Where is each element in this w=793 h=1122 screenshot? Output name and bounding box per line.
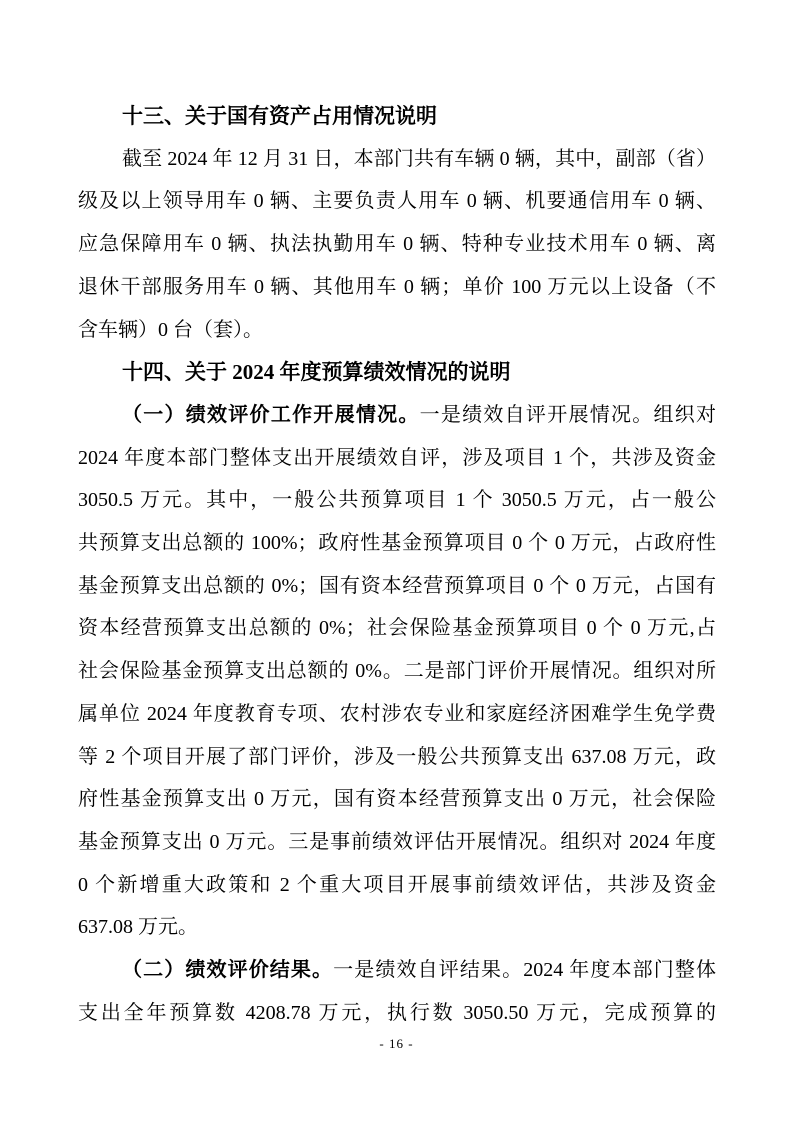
- section-14-heading: 十四、关于 2024 年度预算绩效情况的说明: [78, 351, 716, 394]
- paragraph-line: 637.08 万元。: [78, 906, 716, 949]
- paragraph-line: （二）绩效评价结果。一是绩效自评结果。2024 年度本部门整体: [78, 949, 716, 992]
- document-content: 十三、关于国有资产占用情况说明 截至 2024 年 12 月 31 日，本部门共…: [78, 95, 716, 1034]
- paragraph-line: 资本经营预算支出总额的 0%；社会保险基金预算项目 0 个 0 万元,占: [78, 607, 716, 650]
- paragraph-line: 属单位 2024 年度教育专项、农村涉农专业和家庭经济困难学生免学费: [78, 693, 716, 736]
- paragraph-line: 级及以上领导用车 0 辆、主要负责人用车 0 辆、机要通信用车 0 辆、: [78, 180, 716, 223]
- paragraph-line: 3050.5 万元。其中，一般公共预算项目 1 个 3050.5 万元，占一般公: [78, 479, 716, 522]
- paragraph-line: 府性基金预算支出 0 万元，国有资本经营预算支出 0 万元，社会保险: [78, 778, 716, 821]
- para2-first-line-rest: 一是绩效自评结果。2024 年度本部门整体: [333, 959, 716, 981]
- para1-bold-lead: （一）绩效评价工作开展情况。: [122, 404, 420, 426]
- paragraph-line: 等 2 个项目开展了部门评价，涉及一般公共预算支出 637.08 万元，政: [78, 736, 716, 779]
- paragraph-line: 支出全年预算数 4208.78 万元，执行数 3050.50 万元，完成预算的: [78, 992, 716, 1035]
- section-13-heading: 十三、关于国有资产占用情况说明: [78, 95, 716, 138]
- paragraph-line: 含车辆）0 台（套）。: [78, 309, 716, 352]
- paragraph-line: 退休干部服务用车 0 辆、其他用车 0 辆；单价 100 万元以上设备（不: [78, 266, 716, 309]
- paragraph-line: （一）绩效评价工作开展情况。一是绩效自评开展情况。组织对: [78, 394, 716, 437]
- paragraph-line: 截至 2024 年 12 月 31 日，本部门共有车辆 0 辆，其中，副部（省）: [78, 138, 716, 181]
- paragraph-line: 基金预算支出 0 万元。三是事前绩效评估开展情况。组织对 2024 年度: [78, 821, 716, 864]
- paragraph-line: 应急保障用车 0 辆、执法执勤用车 0 辆、特种专业技术用车 0 辆、离: [78, 223, 716, 266]
- paragraph-line: 2024 年度本部门整体支出开展绩效自评，涉及项目 1 个，共涉及资金: [78, 437, 716, 480]
- paragraph-line: 社会保险基金预算支出总额的 0%。二是部门评价开展情况。组织对所: [78, 650, 716, 693]
- para1-first-line-rest: 一是绩效自评开展情况。组织对: [420, 404, 716, 426]
- paragraph-line: 0 个新增重大政策和 2 个重大项目开展事前绩效评估，共涉及资金: [78, 864, 716, 907]
- page-number: - 16 -: [0, 1036, 793, 1052]
- paragraph-line: 共预算支出总额的 100%；政府性基金预算项目 0 个 0 万元，占政府性: [78, 522, 716, 565]
- para2-bold-lead: （二）绩效评价结果。: [122, 959, 333, 981]
- paragraph-line: 基金预算支出总额的 0%；国有资本经营预算项目 0 个 0 万元，占国有: [78, 565, 716, 608]
- document-page: 十三、关于国有资产占用情况说明 截至 2024 年 12 月 31 日，本部门共…: [0, 0, 793, 1122]
